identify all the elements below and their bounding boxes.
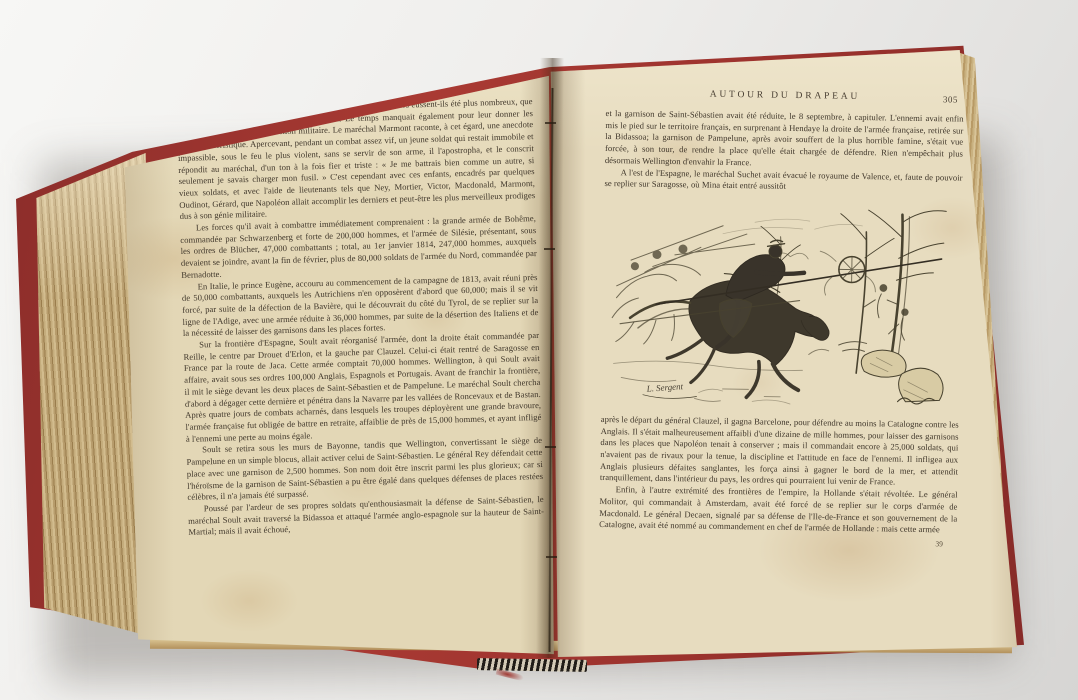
cavalry-charge-sketch: L. Sergent [601, 202, 956, 412]
right-page-text-top: et la garnison de Saint-Sébastien avait … [604, 108, 963, 196]
right-page: AUTOUR DU DRAPEAU 305 et la garnison de … [548, 42, 1018, 662]
stitch-tick [544, 248, 555, 250]
artist-signature: L. Sergent [645, 381, 684, 394]
right-page-text-bottom: après le départ du général Clauzel, il g… [599, 414, 959, 537]
page-number-right: 305 [943, 94, 958, 104]
page-number-left: 304 [190, 86, 205, 96]
running-head-right: AUTOUR DU DRAPEAU 305 [606, 88, 964, 108]
left-page-text: des jeunes soldats ayant rejoint le drap… [177, 96, 545, 539]
stitch-tick [545, 446, 556, 448]
battle-illustration: L. Sergent [601, 202, 956, 412]
left-page: 304 AUTOUR DU DRAPEAU des jeunes soldats… [116, 70, 560, 660]
printer-signature-mark: 39 [599, 534, 957, 549]
running-title: AUTOUR DU DRAPEAU [710, 90, 860, 102]
paragraph: A l'est de l'Espagne, le maréchal Suchet… [604, 167, 962, 196]
paragraph: Enfin, à l'autre extrémité des frontière… [599, 484, 958, 536]
paragraph: Sur la frontière d'Espagne, Soult avait … [183, 330, 542, 445]
paragraph: Soult se retira sous les murs de Bayonne… [186, 435, 543, 503]
paragraph: Les forces qu'il avait à combattre imméd… [180, 213, 537, 281]
endband [477, 658, 587, 672]
paragraph: et la garnison de Saint-Sébastien avait … [605, 108, 964, 172]
paragraph: En Italie, le prince Eugène, accouru au … [181, 272, 538, 340]
stitch-tick [545, 122, 556, 124]
paragraph: après le départ du général Clauzel, il g… [600, 414, 959, 490]
stitch-tick [546, 556, 557, 558]
running-title: AUTOUR DU DRAPEAU [279, 79, 430, 93]
photo-scene: 304 AUTOUR DU DRAPEAU des jeunes soldats… [0, 0, 1078, 700]
